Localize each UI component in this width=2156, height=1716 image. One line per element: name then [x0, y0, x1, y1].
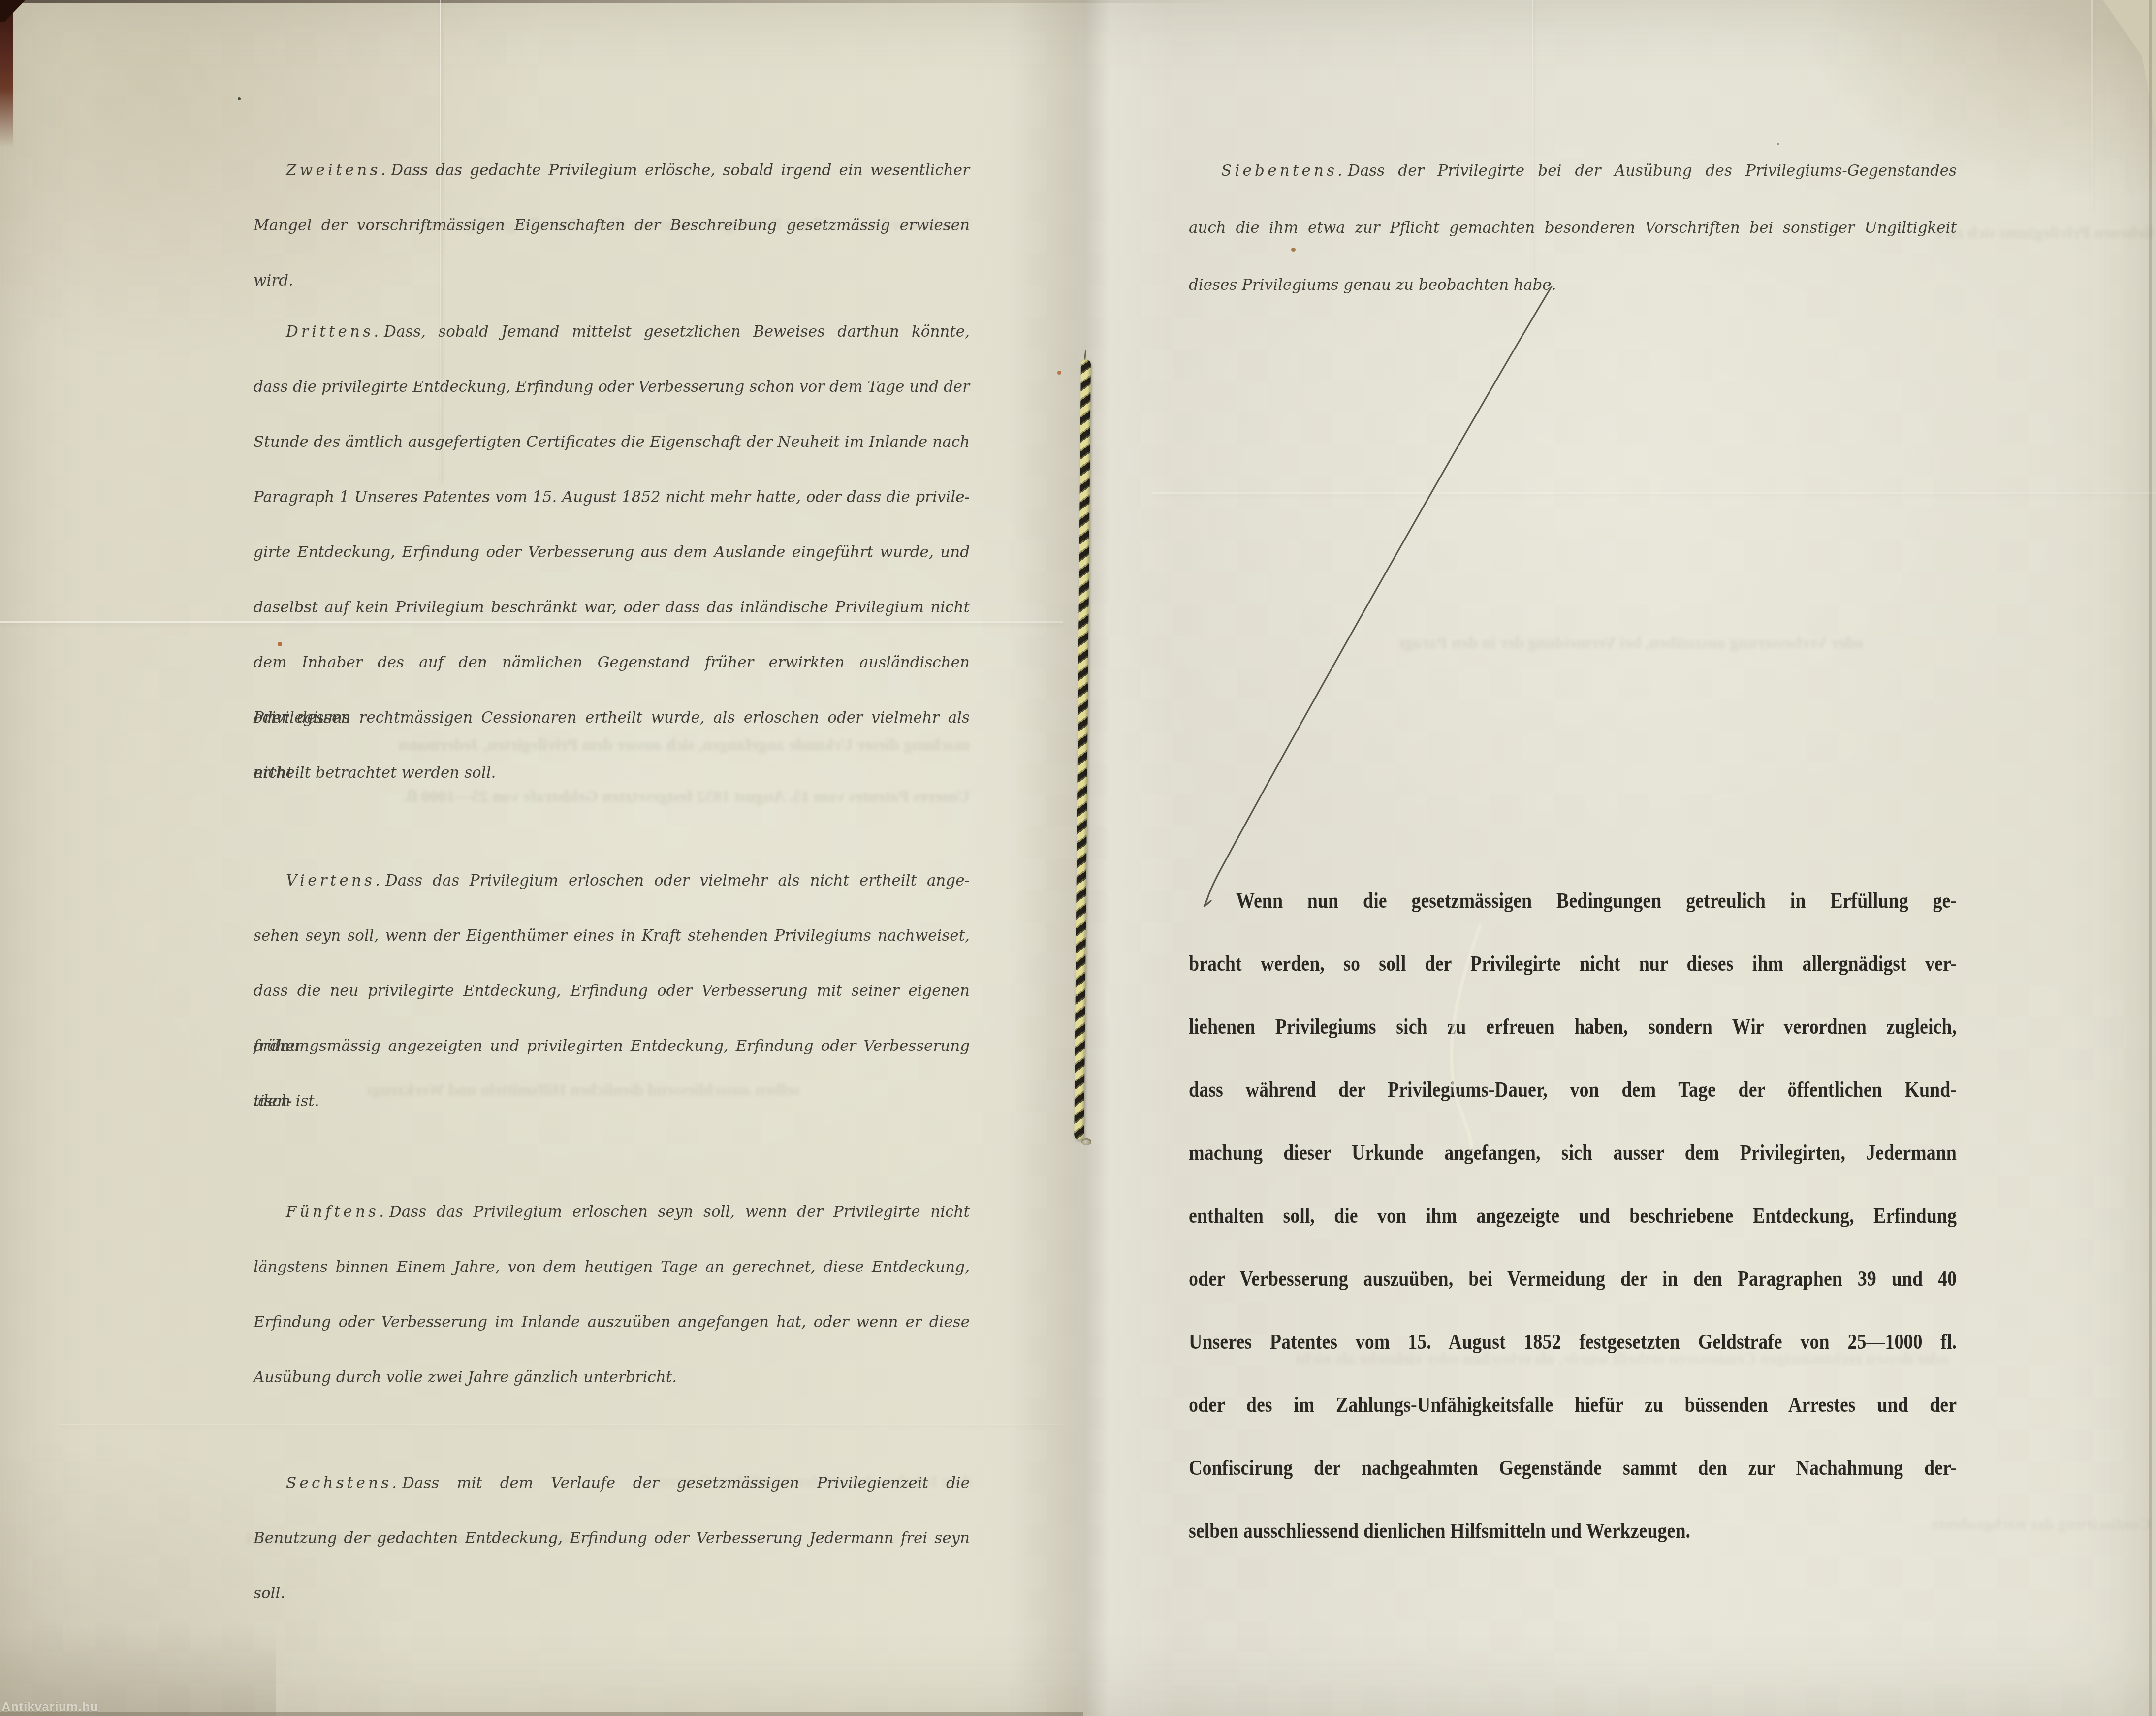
text-line: dass die neu privilegirte Entdeckung, Er… — [254, 963, 970, 1018]
scanned-patent-document: bracht werden, so soll der Privilegirte … — [0, 0, 2156, 1716]
text-line: girte Entdeckung, Erfindung oder Verbess… — [254, 525, 970, 580]
scan-edge-top — [0, 0, 1231, 3]
text-line: dass die privilegirte Entdeckung, Erfind… — [254, 359, 970, 414]
text-line: Paragraph 1 Unseres Patentes vom 15. Aug… — [254, 470, 970, 525]
text-line: oder dessen rechtmässigen Cessionaren er… — [254, 690, 970, 745]
text-line: daselbst auf kein Privilegium beschränkt… — [254, 580, 970, 635]
text-line: Stunde des ämtlich ausgefertigten Certif… — [254, 414, 970, 470]
text-line: längstens binnen Einem Jahre, von dem he… — [254, 1239, 970, 1295]
text-line: Viertens.Dass das Privilegium erloschen … — [254, 853, 970, 908]
text-line: oder Verbesserung auszuüben, bei Vermeid… — [1189, 1242, 1957, 1315]
text-line: Dass mit dem Verlaufe der gesetzmässigen… — [402, 1474, 970, 1492]
paper-speck — [238, 97, 241, 100]
text-line: sehen seyn soll, wenn der Eigenthümer ei… — [254, 908, 970, 963]
watermark-label: Antikvarium.hu — [1, 1699, 98, 1715]
text-line: tisch ist. — [254, 1074, 970, 1129]
text-line: Siebentens.Dass der Privilegirte bei der… — [1189, 142, 1957, 199]
paragraph-drittens: Drittens.Dass, sobald Jemand mittelst ge… — [254, 304, 970, 800]
text-line: dieses Privilegiums genau zu beobachten … — [1189, 256, 1957, 314]
bleed-through-text: oder Verbesserung auszuüben, bei Vermeid… — [1400, 634, 1863, 653]
bleed-through-text: liehenen Privilegiums sich zu erfreuen h… — [1934, 224, 2154, 243]
text-line: Dass das Privilegium erloschen seyn soll… — [389, 1203, 970, 1221]
text-line: Wenn nun die gesetzmässigen Bedingungen … — [1189, 864, 1957, 937]
text-line: Dass, sobald Jemand mittelst gesetzliche… — [384, 323, 970, 341]
text-line: Benutzung der gedachten Entdeckung, Erfi… — [254, 1511, 970, 1566]
text-line: liehenen Privilegiums sich zu erfreuen h… — [1189, 990, 1957, 1063]
paper-edge-right — [2149, 0, 2152, 1716]
text-line: dass während der Privilegiums-Dauer, von… — [1189, 1053, 1957, 1126]
text-line: ordnungsmässig angezeigten und privilegi… — [254, 1018, 970, 1074]
text-line: Ausübung durch volle zwei Jahre gänzlich… — [254, 1350, 970, 1405]
center-fold-gutter — [1009, 0, 1172, 1716]
binding-edge-strip — [0, 0, 13, 148]
paragraph-viertens: Viertens.Dass das Privilegium erloschen … — [254, 853, 970, 1129]
paragraph-fuenftens: Fünftens.Dass das Privilegium erloschen … — [254, 1184, 970, 1405]
paragraph-label: Siebentens. — [1221, 162, 1345, 180]
text-line: bracht werden, so soll der Privilegirte … — [1189, 927, 1957, 1000]
text-line: Erfindung oder Verbesserung im Inlande a… — [254, 1295, 970, 1350]
paragraph-zweitens: Zweitens.Dass das gedachte Privilegium e… — [254, 143, 970, 253]
scan-corner-dark — [0, 0, 26, 22]
text-line: oder des im Zahlungs-Unfähigkeitsfalle h… — [1189, 1368, 1957, 1441]
text-line: enthalten soll, die von ihm angezeigte u… — [1189, 1179, 1957, 1252]
paragraph-closing-clause: Wenn nun die gesetzmässigen Bedingungen … — [1189, 869, 1957, 1562]
fold-crease-horizontal-lower — [59, 1424, 1063, 1425]
underlying-page-corner — [2038, 0, 2156, 133]
text-line: Fünftens.Dass das Privilegium erloschen … — [254, 1184, 970, 1239]
paragraph-label: Drittens. — [286, 323, 381, 341]
binding-hole — [1081, 1138, 1091, 1145]
text-line: Mangel der vorschriftmässigen Eigenschaf… — [254, 198, 970, 253]
text-line: auch die ihm etwa zur Pflicht gemachten … — [1189, 199, 1957, 256]
fold-crease-vertical-edge — [2091, 0, 2093, 212]
text-line: Sechstens.Dass mit dem Verlaufe der gese… — [254, 1456, 970, 1511]
text-line: selben ausschliessend dienlichen Hilfsmi… — [1189, 1494, 1957, 1567]
text-line: ertheilt betrachtet werden soll. — [254, 745, 970, 800]
text-line: Unseres Patentes vom 15. August 1852 fes… — [1189, 1305, 1957, 1378]
paragraph-label: Sechstens. — [286, 1474, 400, 1492]
paragraph-label: Viertens. — [286, 872, 383, 890]
rust-stain — [1057, 371, 1061, 375]
paragraph-label: Zweitens. — [286, 161, 389, 179]
text-line: Dass der Privilegirte bei der Ausübung d… — [1348, 162, 1957, 180]
bleed-through-text: Confiscirung der nachgeahmten Gegenständ… — [1930, 1515, 2151, 1534]
text-line: Dass das gedachte Privilegium erlösche, … — [391, 161, 970, 179]
text-line: dem Inhaber des auf den nämlichen Gegens… — [254, 635, 970, 690]
text-line: Dass das Privilegium erloschen oder viel… — [385, 872, 970, 890]
text-line: Confiscirung der nachgeahmten Gegenständ… — [1189, 1431, 1957, 1504]
pen-stroke-line — [1204, 286, 1552, 907]
paragraph-sechstens: Sechstens.Dass mit dem Verlaufe der gese… — [254, 1456, 970, 1566]
text-line: Drittens.Dass, sobald Jemand mittelst ge… — [254, 304, 970, 359]
paragraph-siebentens: Siebentens.Dass der Privilegirte bei der… — [1189, 142, 1957, 314]
text-line: machung dieser Urkunde angefangen, sich … — [1189, 1116, 1957, 1189]
fold-crease-horizontal-right — [1152, 492, 2156, 494]
text-line: Zweitens.Dass das gedachte Privilegium e… — [254, 143, 970, 198]
paragraph-label: Fünftens. — [286, 1203, 387, 1221]
